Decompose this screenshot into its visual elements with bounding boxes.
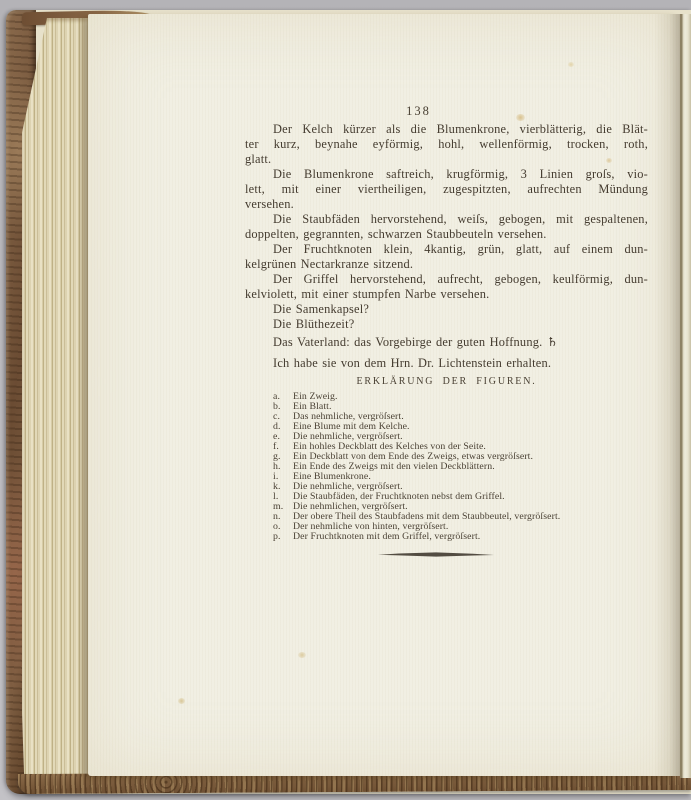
body-paragraphs: Der Kelch kürzer als die Blumenkrone, vi… [245,122,648,371]
page-number: 138 [217,104,620,119]
figures-heading: ERKLÄRUNG DER FIGUREN. [245,376,648,387]
paragraph: Die Samenkapsel? [245,302,648,317]
text-line: Der Kelch kürzer als die Blumenkrone, vi… [245,122,648,137]
paragraph: Das Vaterland: das Vorgebirge der guten … [245,335,648,350]
text-line: doppelten, gegrannten, schwarzen Staubbe… [245,227,648,242]
text-line: Der Fruchtknoten klein, 4kantig, grün, g… [245,242,648,257]
fox-spot [178,698,185,704]
book-page: 138 Der Kelch kürzer als die Blumenkrone… [88,14,680,776]
fox-spot [568,62,574,67]
paragraph: Der Kelch kürzer als die Blumenkrone, vi… [245,122,648,167]
book: 138 Der Kelch kürzer als die Blumenkrone… [6,10,691,794]
text-line: Ich habe sie von dem Hrn. Dr. Lichtenste… [245,356,648,371]
text-line: kelviolett, mit einer stumpfen Narbe ver… [245,287,648,302]
text-line: Der Griffel hervorstehend, aufrecht, geb… [245,272,648,287]
text-line: Das Vaterland: das Vorgebirge der guten … [245,335,648,350]
text-line: lett, mit einer viertheiligen, zugespitz… [245,182,648,197]
figure-item: a.Ein Zweig. [273,392,673,402]
text-line: versehen. [245,197,648,212]
photo-background: 138 Der Kelch kürzer als die Blumenkrone… [0,0,691,800]
paragraph: Der Griffel hervorstehend, aufrecht, geb… [245,272,648,302]
text-line: Die Blüthezeit? [245,317,648,332]
paragraph: Ich habe sie von dem Hrn. Dr. Lichtenste… [245,356,648,371]
text-line: Die Blumenkrone saftreich, krugförmig, 3… [245,167,648,182]
end-rule [378,552,494,557]
paragraph: Der Fruchtknoten klein, 4kantig, grün, g… [245,242,648,272]
text-line: ter kurz, beynahe eyförmig, hohl, wellen… [245,137,648,152]
paragraph: Die Staubfäden hervorstehend, weiſs, geb… [245,212,648,242]
fox-spot [298,652,306,658]
text-line: Die Samenkapsel? [245,302,648,317]
text-line: glatt. [245,152,648,167]
figure-item-text: Der Fruchtknoten mit dem Griffel, vergrö… [293,532,673,542]
figure-item-label: p. [273,532,293,542]
next-page-edge [680,14,691,778]
paragraph: Die Blüthezeit? [245,317,648,332]
paragraph: Die Blumenkrone saftreich, krugförmig, 3… [245,167,648,212]
text-line: kelgrünen Nectarkranze sitzend. [245,257,648,272]
text-line: Die Staubfäden hervorstehend, weiſs, geb… [245,212,648,227]
figures-list: a.Ein Zweig.b.Ein Blatt.c.Das nehmliche,… [273,392,673,542]
figure-item: p.Der Fruchtknoten mit dem Griffel, verg… [273,532,673,542]
figure-item-text: Ein Zweig. [293,392,673,402]
gutter-shadow [654,14,680,776]
